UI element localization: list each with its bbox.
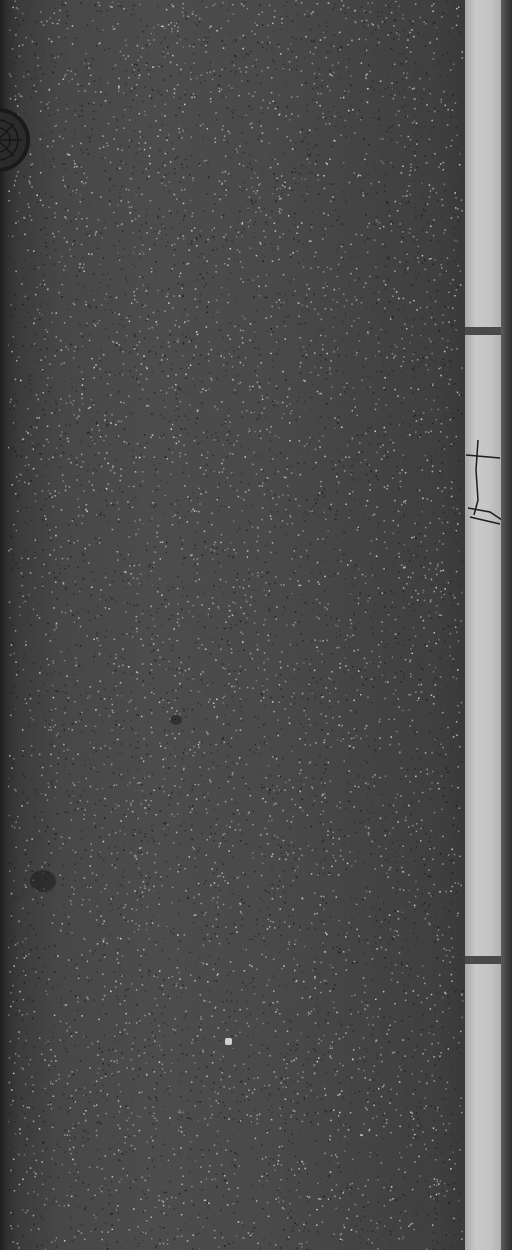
pebble	[225, 1038, 232, 1045]
pavement-scene	[0, 0, 512, 1250]
road-shoulder	[501, 0, 512, 1250]
crack	[0, 0, 512, 1250]
